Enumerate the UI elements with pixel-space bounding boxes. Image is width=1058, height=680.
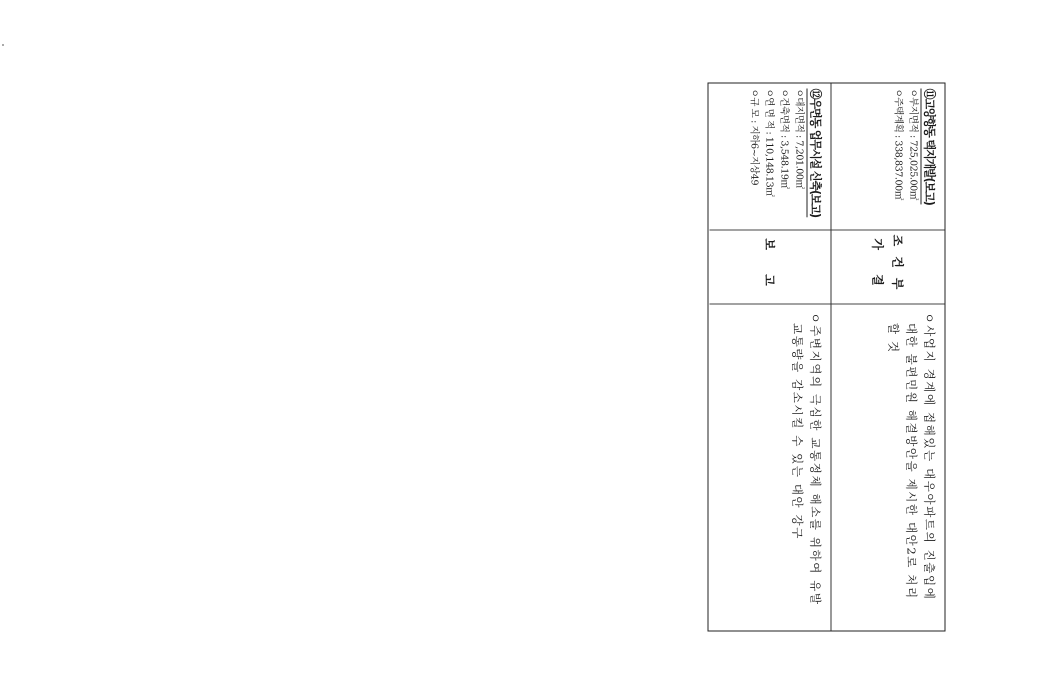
result-text: 조건부 [888,234,908,299]
notes-cell: ㅇ주변지역의 극심한 교통정체 해소를 위하여 유발 교통량을 감소시킬 수 있… [709,304,830,630]
spec-line: ㅇ건축면적 : 3,548.19㎡ [776,88,791,226]
result-text: 가 결 [868,238,888,295]
project-cell: ⑪고양향동 택지개발(보고) ㅇ부지면적 : 725,025.00㎡ ㅇ주택계획… [831,83,944,230]
result-text: 보 고 [760,238,780,295]
table-row-item-11: ⑪고양향동 택지개발(보고) ㅇ부지면적 : 725,025.00㎡ ㅇ주택계획… [830,83,944,630]
project-title: ⑫우면동 업무시설 신축(보고) [806,88,822,216]
spec-line: ㅇ주택계획 : 338,837.00㎡ [890,88,905,226]
scan-speck [2,44,4,46]
result-cell: 조건부 가 결 [831,230,944,304]
result-cell: 보 고 [709,230,830,304]
table-row-item-12: ⑫우면동 업무시설 신축(보고) ㅇ대지면적 : 7,201.00㎡ ㅇ건축면적… [709,83,830,630]
notes-text: ㅇ주변지역의 극심한 교통정체 해소를 위하여 유발 교통량을 감소시킬 수 있… [788,312,824,626]
project-cell: ⑫우면동 업무시설 신축(보고) ㅇ대지면적 : 7,201.00㎡ ㅇ건축면적… [709,83,830,230]
spec-line: ㅇ연 면 적 : 110,148.13㎡ [761,88,776,226]
spec-line: ㅇ부지면적 : 725,025.00㎡ [905,88,920,226]
project-title: ⑪고양향동 택지개발(보고) [920,88,936,204]
spec-line: ㅇ규 모 : 지하6~지상49 [746,88,761,226]
notes-cell: ㅇ사업지 경계에 접해있는 대우아파트의 진출입에 대한 불편민원 해결방안을 … [831,304,944,630]
notes-text: ㅇ사업지 경계에 접해있는 대우아파트의 진출입에 대한 불편민원 해결방안을 … [884,312,938,626]
spec-line: ㅇ대지면적 : 7,201.00㎡ [791,88,806,226]
review-results-table: ⑪고양향동 택지개발(보고) ㅇ부지면적 : 725,025.00㎡ ㅇ주택계획… [707,82,945,631]
